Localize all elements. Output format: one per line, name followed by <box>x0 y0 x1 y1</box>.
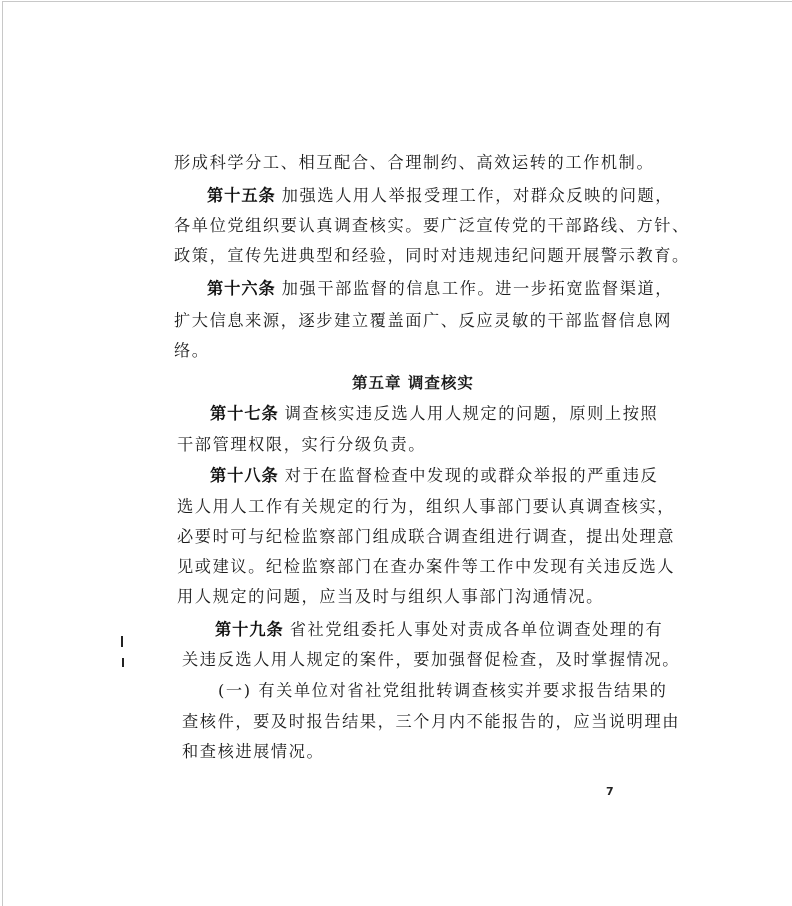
article-heading: 第十五条 <box>207 186 276 205</box>
text-line: 各单位党组织要认真调查核实。要广泛宣传党的干部路线、方针、 <box>174 216 690 236</box>
article-heading: 第十七条 <box>210 404 279 423</box>
text-line: 查核件，要及时报告结果，三个月内不能报告的，应当说明理由 <box>182 712 680 732</box>
text-line: 用人规定的问题，应当及时与组织人事部门沟通情况。 <box>177 587 604 607</box>
text-line: 必要时可与纪检监察部门组成联合调查组进行调查，提出处理意 <box>177 527 675 547</box>
text-line: 调查核实违反选人用人规定的问题，原则上按照 <box>285 404 659 423</box>
scan-mark <box>122 658 124 667</box>
text-line: (一) 有关单位对省社党组批转调查核实并要求报告结果的 <box>218 681 667 701</box>
text-line: 形成科学分工、相互配合、合理制约、高效运转的工作机制。 <box>174 153 654 173</box>
page-number: 7 <box>606 785 614 798</box>
text-line: 见或建议。纪检监察部门在查办案件等工作中发现有关违反选人 <box>177 557 675 577</box>
article-18: 第十八条对于在监督检查中发现的或群众举报的严重违反 <box>210 466 658 486</box>
chapter-title: 第五章 调查核实 <box>352 373 474 393</box>
text-line: 和查核进展情况。 <box>182 742 324 762</box>
article-16: 第十六条加强干部监督的信息工作。进一步拓宽监督渠道， <box>207 279 673 299</box>
article-17: 第十七条调查核实违反选人用人规定的问题，原则上按照 <box>210 404 658 424</box>
text-line: 干部管理权限，实行分级负责。 <box>177 435 426 455</box>
text-line: 加强干部监督的信息工作。进一步拓宽监督渠道， <box>282 279 673 298</box>
article-heading: 第十八条 <box>210 466 279 485</box>
article-15: 第十五条加强选人用人举报受理工作，对群众反映的问题， <box>207 186 673 206</box>
document-page: 形成科学分工、相互配合、合理制约、高效运转的工作机制。 第十五条加强选人用人举报… <box>0 0 792 906</box>
text-line: 关违反选人用人规定的案件，要加强督促检查，及时掌握情况。 <box>182 650 680 670</box>
article-19: 第十九条省社党组委托人事处对责成各单位调查处理的有 <box>215 620 663 640</box>
text-line: 对于在监督检查中发现的或群众举报的严重违反 <box>285 466 659 485</box>
article-heading: 第十六条 <box>207 279 276 298</box>
text-line: 选人用人工作有关规定的行为，组织人事部门要认真调查核实， <box>177 497 675 517</box>
text-line: 政策，宣传先进典型和经验，同时对违规违纪问题开展警示教育。 <box>174 246 690 266</box>
text-line: 络。 <box>174 341 210 361</box>
text-line: 扩大信息来源，逐步建立覆盖面广、反应灵敏的干部监督信息网 <box>174 311 672 331</box>
article-heading: 第十九条 <box>215 620 284 639</box>
text-line: 省社党组委托人事处对责成各单位调查处理的有 <box>290 620 664 639</box>
text-line: 加强选人用人举报受理工作，对群众反映的问题， <box>282 186 673 205</box>
scan-mark <box>121 636 123 647</box>
